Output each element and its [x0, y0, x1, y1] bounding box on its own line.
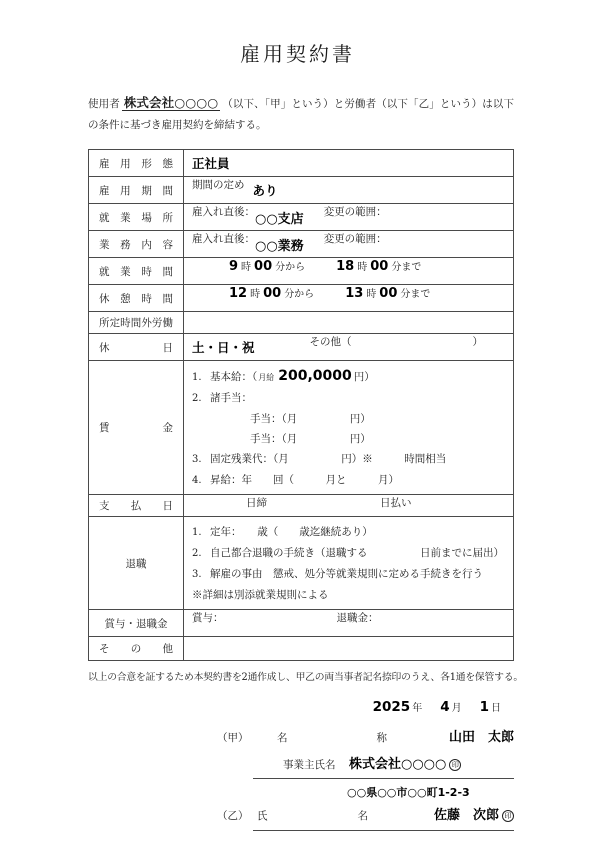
date-month-unit: 月	[452, 699, 462, 714]
wages-basic-salary: 1. 基本給：（ 月給 200,0000 円）	[192, 366, 505, 388]
wages-raise: 4. 昇給：年 回（ 月と 月）	[192, 470, 505, 491]
wages-fixed-overtime: 3. 固定残業代：（月 円）※ 時間相当	[192, 449, 505, 470]
date-day-unit: 日	[491, 699, 501, 714]
break-time-label-text: 休憩時間	[99, 291, 173, 306]
holidays-label: 休日	[89, 334, 184, 360]
row-break-time: 休憩時間 12 時 00 分から 13 時 00 分まで	[89, 285, 513, 312]
retirement-item-2: 2. 自己都合退職の手続き（退職する 日前までに届出）	[192, 543, 505, 564]
bonus-label-text: 賞与・退職金	[105, 616, 168, 631]
severance-field-label: 退職金：	[337, 610, 379, 625]
holidays-label-text: 休日	[99, 340, 173, 355]
employment-type-value: 正社員	[184, 150, 513, 176]
payday-value: 日締 日払い	[184, 495, 513, 516]
retirement-item2-num: 2.	[192, 543, 210, 564]
party-b-label: （乙）	[217, 808, 253, 823]
wages-monthly-caption: 月給	[258, 368, 274, 388]
party-a-name-label: 名称	[277, 730, 387, 745]
row-duties: 業務内容 雇入れ直後： ○○業務 変更の範囲：	[89, 231, 513, 258]
row-employment-type: 雇用形態 正社員	[89, 150, 513, 177]
to-unit: 分まで	[391, 258, 421, 273]
to-unit: 分まで	[400, 285, 430, 300]
break-time-value: 12 時 00 分から 13 時 00 分まで	[184, 285, 513, 311]
closing-statement: 以上の合意を証するため本契約書を2通作成し、甲乙の両当事者記名捺印のうえ、各1通…	[88, 669, 518, 683]
row-payday: 支払日 日締 日払い	[89, 495, 513, 517]
workplace-value: 雇入れ直後： ○○支店 変更の範囲：	[184, 204, 513, 230]
break-start: 12 時 00 分から	[226, 285, 314, 301]
party-a-name: 山田 太郎	[449, 726, 514, 745]
retirement-item3-text: 解雇の事由 懲戒、処分等就業規則に定める手続きを行う	[210, 564, 483, 585]
employment-type-label-text: 雇用形態	[99, 156, 173, 171]
row-bonus: 賞与・退職金 賞与： 退職金：	[89, 610, 513, 637]
contract-table: 雇用形態 正社員 雇用期間 期間の定め あり 就業場所 雇入れ直後： ○○支店 …	[88, 149, 514, 661]
retirement-note-text: ※詳細は別添就業規則による	[192, 585, 329, 606]
employment-period-value-text: あり	[253, 181, 278, 199]
party-a-label: （甲）	[217, 730, 253, 745]
work-hours-value: 9 時 00 分から 18 時 00 分まで	[184, 258, 513, 284]
bonus-label: 賞与・退職金	[89, 610, 184, 636]
wages-allowance-1-text: 手当：（月 円）	[250, 409, 371, 429]
date-day: 1	[480, 699, 489, 715]
date-year-unit: 年	[412, 699, 422, 714]
bonus-value: 賞与： 退職金：	[184, 610, 513, 636]
party-a-name-row: （甲） 名称 山田 太郎	[88, 726, 514, 753]
date-month: 4	[440, 699, 449, 715]
signature-block: 2025 年 4 月 1 日 （甲） 名称 山田 太郎 事業主氏名 株式会社○○…	[88, 699, 514, 831]
retirement-item-1: 1. 定年： 歳（ 歳迄継続あり）	[192, 522, 505, 543]
workplace-pre: 雇入れ直後：	[192, 204, 255, 219]
retirement-item2-text: 自己都合退職の手続き（退職する 日前までに届出）	[210, 543, 504, 564]
party-b-name: 佐藤 次郎印	[434, 804, 514, 823]
employment-period-pre: 期間の定め	[192, 177, 245, 192]
employment-period-label-text: 雇用期間	[99, 183, 173, 198]
workplace-label-text: 就業場所	[99, 210, 173, 225]
party-b-seal-icon: 印	[502, 810, 514, 822]
holidays-other-close: ）	[473, 334, 484, 349]
hour-unit: 時	[357, 258, 367, 273]
break-start-min: 00	[263, 286, 281, 301]
employer-name-value: 株式会社○○○○印	[349, 753, 461, 772]
wages-label: 賃金	[89, 361, 184, 494]
hour-unit: 時	[366, 285, 376, 300]
date-year: 2025	[373, 699, 411, 715]
work-hours-label: 就業時間	[89, 258, 184, 284]
row-retirement: 退職 1. 定年： 歳（ 歳迄継続あり） 2. 自己都合退職の手続き（退職する …	[89, 517, 513, 610]
employment-type-label: 雇用形態	[89, 150, 184, 176]
work-start-min: 00	[254, 259, 272, 274]
wages-item3-num: 3.	[192, 450, 210, 470]
employer-name-row: 事業主氏名 株式会社○○○○印	[253, 753, 514, 779]
overtime-label-text: 所定時間外労働	[99, 315, 173, 330]
party-b-address: ○○県○○市○○町1-2-3	[347, 784, 470, 800]
work-end-hour: 18	[336, 259, 354, 274]
payday-closing: 日締	[246, 495, 267, 510]
work-end-min: 00	[370, 259, 388, 274]
retirement-item1-num: 1.	[192, 522, 210, 543]
row-holidays: 休日 土・日・祝 その他（ ）	[89, 334, 513, 361]
from-unit: 分から	[275, 258, 305, 273]
party-b-name-label: 氏名	[257, 808, 368, 823]
row-other: その他	[89, 637, 513, 660]
other-value	[184, 637, 513, 660]
from-unit: 分から	[284, 285, 314, 300]
break-time-label: 休憩時間	[89, 285, 184, 311]
workplace-label: 就業場所	[89, 204, 184, 230]
break-end-min: 00	[379, 286, 397, 301]
employer-company-name: 株式会社○○○○	[122, 95, 221, 111]
retirement-label: 退職	[89, 517, 184, 609]
wages-allowance-2-text: 手当：（月 円）	[250, 429, 371, 449]
break-start-hour: 12	[229, 286, 247, 301]
retirement-note: ※詳細は別添就業規則による	[192, 585, 505, 606]
work-hours-label-text: 就業時間	[99, 264, 173, 279]
intro-paragraph: 使用者株式会社○○○○（以下、「甲」という）と労働者（以下「乙」という）は以下の…	[88, 92, 514, 136]
overtime-label: 所定時間外労働	[89, 312, 184, 333]
duties-value: 雇入れ直後： ○○業務 変更の範囲：	[184, 231, 513, 257]
workplace-change-scope: 変更の範囲：	[324, 204, 387, 219]
work-hours-start: 9 時 00 分から	[226, 258, 305, 274]
payday-label-text: 支払日	[99, 498, 173, 513]
duties-label-text: 業務内容	[99, 237, 173, 252]
wages-item4-num: 4.	[192, 471, 210, 491]
row-wages: 賃金 1. 基本給：（ 月給 200,0000 円） 2. 諸手当： 手当：（月…	[89, 361, 513, 495]
bonus-field-label: 賞与：	[192, 610, 224, 625]
employment-period-value: 期間の定め あり	[184, 177, 513, 203]
intro-prefix: 使用者	[88, 98, 120, 110]
duties-label: 業務内容	[89, 231, 184, 257]
break-end: 13 時 00 分まで	[342, 285, 430, 301]
wages-allowance-2: 手当：（月 円）	[192, 429, 505, 449]
break-end-hour: 13	[345, 286, 363, 301]
work-start-hour: 9	[229, 259, 238, 274]
holidays-other-open: その他（	[310, 334, 352, 349]
other-label: その他	[89, 637, 184, 660]
employment-period-label: 雇用期間	[89, 177, 184, 203]
other-label-text: その他	[99, 641, 173, 656]
overtime-value	[184, 312, 513, 333]
row-work-hours: 就業時間 9 時 00 分から 18 時 00 分まで	[89, 258, 513, 285]
employer-name-label: 事業主氏名	[283, 757, 339, 772]
party-b-name-text: 佐藤 次郎	[434, 808, 499, 823]
wages-allowances-text: 諸手当：	[210, 388, 252, 408]
wages-allowance-1: 手当：（月 円）	[192, 409, 505, 429]
retirement-value: 1. 定年： 歳（ 歳迄継続あり） 2. 自己都合退職の手続き（退職する 日前ま…	[184, 517, 513, 609]
contract-page: 雇用契約書 使用者株式会社○○○○（以下、「甲」という）と労働者（以下「乙」とい…	[0, 0, 595, 841]
basic-salary-amount: 200,0000	[278, 366, 352, 386]
wages-allowances-heading: 2. 諸手当：	[192, 388, 505, 409]
party-b-name-row: （乙） 氏名 佐藤 次郎印	[88, 804, 514, 831]
wages-fixed-overtime-text: 固定残業代：（月 円）※ 時間相当	[210, 449, 446, 469]
row-overtime: 所定時間外労働	[89, 312, 513, 334]
retirement-item-3: 3. 解雇の事由 懲戒、処分等就業規則に定める手続きを行う	[192, 564, 505, 585]
holidays-value-text: 土・日・祝	[192, 338, 255, 356]
holidays-value: 土・日・祝 その他（ ）	[184, 334, 513, 360]
duties-pre: 雇入れ直後：	[192, 231, 255, 246]
employment-type-value-text: 正社員	[192, 154, 230, 172]
wages-value: 1. 基本給：（ 月給 200,0000 円） 2. 諸手当： 手当：（月 円）…	[184, 361, 513, 494]
duties-value-text: ○○業務	[255, 235, 304, 254]
hour-unit: 時	[241, 258, 251, 273]
wages-item1-num: 1.	[192, 368, 210, 388]
contract-date: 2025 年 4 月 1 日	[88, 699, 514, 726]
duties-change-scope: 変更の範囲：	[324, 231, 387, 246]
payday-daily: 日払い	[380, 495, 412, 510]
workplace-value-text: ○○支店	[255, 208, 304, 227]
employer-name-text: 株式会社○○○○	[349, 757, 446, 772]
wages-label-text: 賃金	[99, 420, 173, 435]
wages-basic-pre: 基本給：（	[210, 367, 257, 387]
payday-label: 支払日	[89, 495, 184, 516]
employer-seal-icon: 印	[449, 759, 461, 771]
wages-basic-post: 円）	[354, 367, 375, 387]
row-employment-period: 雇用期間 期間の定め あり	[89, 177, 513, 204]
retirement-item3-num: 3.	[192, 564, 210, 585]
wages-item2-num: 2.	[192, 389, 210, 409]
party-b-signature-line: 氏名 佐藤 次郎印	[253, 804, 514, 831]
retirement-label-text: 退職	[126, 556, 147, 571]
work-hours-end: 18 時 00 分まで	[333, 258, 421, 274]
hour-unit: 時	[250, 285, 260, 300]
party-b-address-row: ○○県○○市○○町1-2-3	[88, 779, 514, 804]
page-title: 雇用契約書	[0, 38, 595, 67]
retirement-item1-text: 定年： 歳（ 歳迄継続あり）	[210, 522, 373, 543]
wages-raise-text: 昇給：年 回（ 月と 月）	[210, 470, 399, 490]
row-workplace: 就業場所 雇入れ直後： ○○支店 変更の範囲：	[89, 204, 513, 231]
